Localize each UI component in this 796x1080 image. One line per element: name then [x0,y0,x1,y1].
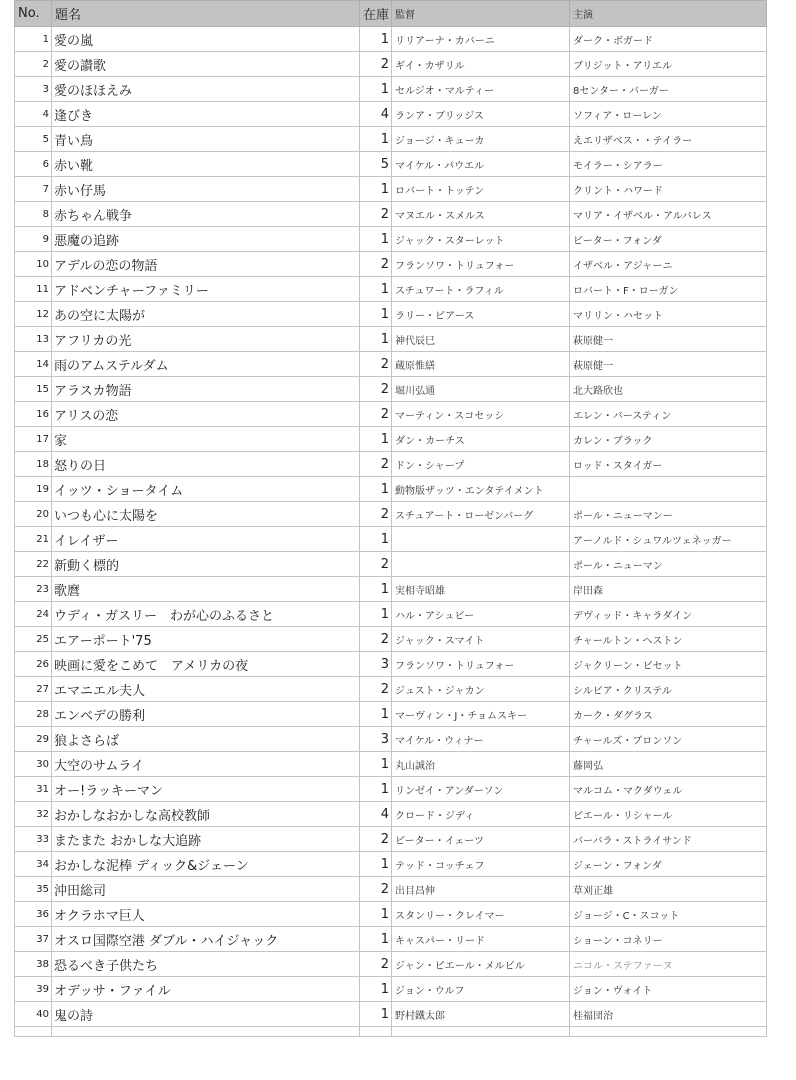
cast-cell[interactable]: シルビア・クリステル [570,677,767,702]
director-cell[interactable] [392,527,570,552]
cast-cell[interactable]: ロバート・F・ローガン [570,277,767,302]
cell[interactable] [392,1027,570,1037]
director-cell[interactable]: ジャン・ピエール・メルビル [392,952,570,977]
director-cell[interactable]: スタンリー・クレイマー [392,902,570,927]
title-cell[interactable]: イレイザー [52,527,360,552]
cast-cell[interactable]: 岸田森 [570,577,767,602]
table-row[interactable]: 28エンベデの勝利1マーヴィン・J・チョムスキーカーク・ダグラス [15,702,767,727]
row-number-cell[interactable]: 21 [15,527,52,552]
table-row[interactable]: 7赤い仔馬1ロバート・トッテンクリント・ハワード [15,177,767,202]
table-row[interactable]: 16アリスの恋2マーティン・スコセッシエレン・バースティン [15,402,767,427]
director-cell[interactable]: マーヴィン・J・チョムスキー [392,702,570,727]
cast-cell[interactable]: ピエール・リシャール [570,802,767,827]
table-row[interactable]: 26映画に愛をこめて アメリカの夜3フランソワ・トリュフォージャクリーン・ビセッ… [15,652,767,677]
stock-cell[interactable]: 1 [360,852,392,877]
title-cell[interactable]: オー!ラッキーマン [52,777,360,802]
director-cell[interactable]: 野村鐵太郎 [392,1002,570,1027]
director-cell[interactable]: 動物版ザッツ・エンタテイメント [392,477,570,502]
director-cell[interactable]: ジョン・ウルフ [392,977,570,1002]
title-cell[interactable]: 映画に愛をこめて アメリカの夜 [52,652,360,677]
director-cell[interactable]: クロード・ジディ [392,802,570,827]
table-row[interactable]: 38恐るべき子供たち2ジャン・ピエール・メルビルニコル・ステファーヌ [15,952,767,977]
stock-cell[interactable]: 2 [360,877,392,902]
table-row[interactable]: 2愛の讃歌2ギイ・カザリルブリジット・アリエル [15,52,767,77]
table-row[interactable]: 23歌麿1実相寺昭雄岸田森 [15,577,767,602]
stock-cell[interactable]: 1 [360,602,392,627]
stock-cell[interactable]: 1 [360,427,392,452]
cast-cell[interactable]: ポール・ニューマンー [570,502,767,527]
director-cell[interactable]: ジュスト・ジャカン [392,677,570,702]
title-cell[interactable]: おかしなおかしな高校教師 [52,802,360,827]
stock-cell[interactable]: 4 [360,102,392,127]
row-number-cell[interactable]: 7 [15,177,52,202]
director-cell[interactable]: マヌエル・スメルス [392,202,570,227]
table-row[interactable]: 37オスロ国際空港 ダブル・ハイジャック1キャスパー・リードショーン・コネリー [15,927,767,952]
stock-cell[interactable]: 2 [360,52,392,77]
cast-cell[interactable]: アーノルド・シュワルツェネッガー [570,527,767,552]
cast-cell[interactable]: モイラー・シアラー [570,152,767,177]
stock-cell[interactable]: 1 [360,752,392,777]
row-number-cell[interactable]: 37 [15,927,52,952]
movie-inventory-table: No. 題名 在庫 監督 主演 1愛の嵐1リリアーナ・カバーニダーク・ボガード2… [14,0,767,1037]
cast-cell[interactable]: バーバラ・ストライサンド [570,827,767,852]
row-number-cell[interactable]: 3 [15,77,52,102]
cast-cell[interactable]: 8センター・バーガー [570,77,767,102]
table-row[interactable]: 31オー!ラッキーマン1リンゼイ・アンダーソンマルコム・マクダウェル [15,777,767,802]
cast-cell[interactable]: ソフィア・ローレン [570,102,767,127]
cast-cell[interactable]: マリリン・ハセット [570,302,767,327]
director-cell[interactable]: スチュアート・ローゼンバーグ [392,502,570,527]
title-cell[interactable]: 恐るべき子供たち [52,952,360,977]
stock-cell[interactable]: 1 [360,777,392,802]
cast-cell[interactable]: ジョージ・C・スコット [570,902,767,927]
title-cell[interactable]: 歌麿 [52,577,360,602]
cast-cell[interactable]: 草刈正雄 [570,877,767,902]
row-number-cell[interactable]: 35 [15,877,52,902]
title-cell[interactable]: 赤い靴 [52,152,360,177]
director-cell[interactable]: スチュワート・ラフィル [392,277,570,302]
stock-cell[interactable]: 2 [360,402,392,427]
table-row[interactable]: 15アラスカ物語2堀川弘通北大路欣也 [15,377,767,402]
stock-cell[interactable]: 1 [360,902,392,927]
title-cell[interactable]: 沖田総司 [52,877,360,902]
row-number-cell[interactable]: 34 [15,852,52,877]
cast-cell[interactable]: デヴィッド・キャラダイン [570,602,767,627]
title-cell[interactable]: アドベンチャーファミリー [52,277,360,302]
stock-cell[interactable]: 1 [360,527,392,552]
title-cell[interactable]: 悪魔の追跡 [52,227,360,252]
title-cell[interactable]: アラスカ物語 [52,377,360,402]
director-cell[interactable]: マイケル・パウエル [392,152,570,177]
title-cell[interactable]: オデッサ・ファイル [52,977,360,1002]
stock-cell[interactable]: 2 [360,377,392,402]
director-cell[interactable]: ハル・アシュビー [392,602,570,627]
table-row[interactable]: 12あの空に太陽が1ラリー・ピアースマリリン・ハセット [15,302,767,327]
row-number-cell[interactable]: 28 [15,702,52,727]
stock-cell[interactable]: 2 [360,352,392,377]
stock-cell[interactable]: 2 [360,252,392,277]
table-row[interactable]: 30大空のサムライ1丸山誠治藤岡弘 [15,752,767,777]
title-cell[interactable]: 家 [52,427,360,452]
table-row[interactable]: 25エアーポート'752ジャック・スマイトチャールトン・ヘストン [15,627,767,652]
row-number-cell[interactable]: 40 [15,1002,52,1027]
title-cell[interactable]: アリスの恋 [52,402,360,427]
table-row[interactable]: 3愛のほほえみ1セルジオ・マルティー8センター・バーガー [15,77,767,102]
stock-cell[interactable]: 2 [360,952,392,977]
title-cell[interactable]: 愛のほほえみ [52,77,360,102]
stock-cell[interactable]: 1 [360,1002,392,1027]
row-number-cell[interactable]: 17 [15,427,52,452]
title-cell[interactable]: アフリカの光 [52,327,360,352]
director-cell[interactable]: 堀川弘通 [392,377,570,402]
table-row[interactable]: 35沖田総司2出目昌伸草刈正雄 [15,877,767,902]
title-cell[interactable]: 逢びき [52,102,360,127]
cast-cell[interactable]: チャールズ・ブロンソン [570,727,767,752]
title-cell[interactable]: 愛の讃歌 [52,52,360,77]
row-number-cell[interactable]: 20 [15,502,52,527]
row-number-cell[interactable]: 30 [15,752,52,777]
director-cell[interactable]: 出目昌伸 [392,877,570,902]
director-cell[interactable]: ジョージ・キューカ [392,127,570,152]
director-cell[interactable]: ドン・シャープ [392,452,570,477]
cast-cell[interactable]: カーク・ダグラス [570,702,767,727]
director-cell[interactable]: マイケル・ウィナー [392,727,570,752]
cast-cell[interactable]: マルコム・マクダウェル [570,777,767,802]
row-number-cell[interactable]: 32 [15,802,52,827]
cast-cell[interactable]: ダーク・ボガード [570,27,767,52]
director-cell[interactable]: キャスパー・リード [392,927,570,952]
table-row[interactable]: 21イレイザー1アーノルド・シュワルツェネッガー [15,527,767,552]
title-cell[interactable]: 鬼の詩 [52,1002,360,1027]
stock-cell[interactable]: 1 [360,477,392,502]
row-number-cell[interactable]: 8 [15,202,52,227]
row-number-cell[interactable]: 18 [15,452,52,477]
header-no[interactable]: No. [15,1,52,27]
stock-cell[interactable]: 3 [360,652,392,677]
table-row[interactable]: 34おかしな泥棒 ディック&ジェーン1テッド・コッチェフジェーン・フォンダ [15,852,767,877]
table-row[interactable]: 13アフリカの光1神代辰巳萩原健一 [15,327,767,352]
table-row[interactable]: 6赤い靴5マイケル・パウエルモイラー・シアラー [15,152,767,177]
cast-cell[interactable]: 藤岡弘 [570,752,767,777]
cast-cell[interactable]: ジェーン・フォンダ [570,852,767,877]
director-cell[interactable]: 丸山誠治 [392,752,570,777]
row-number-cell[interactable]: 29 [15,727,52,752]
director-cell[interactable]: 神代辰巳 [392,327,570,352]
stock-cell[interactable]: 3 [360,727,392,752]
cell[interactable] [570,1027,767,1037]
row-number-cell[interactable]: 36 [15,902,52,927]
table-row[interactable]: 29狼よさらば3マイケル・ウィナーチャールズ・ブロンソン [15,727,767,752]
row-number-cell[interactable]: 1 [15,27,52,52]
title-cell[interactable]: 大空のサムライ [52,752,360,777]
table-row[interactable]: 19イッツ・ショータイム1動物版ザッツ・エンタテイメント [15,477,767,502]
row-number-cell[interactable]: 38 [15,952,52,977]
table-row[interactable]: 39オデッサ・ファイル1ジョン・ウルフジョン・ヴォイト [15,977,767,1002]
stock-cell[interactable]: 2 [360,452,392,477]
cast-cell[interactable]: ジョン・ヴォイト [570,977,767,1002]
table-row[interactable]: 33またまた おかしな大追跡2ピーター・イェーツバーバラ・ストライサンド [15,827,767,852]
row-number-cell[interactable]: 26 [15,652,52,677]
row-number-cell[interactable]: 31 [15,777,52,802]
title-cell[interactable]: エンベデの勝利 [52,702,360,727]
title-cell[interactable]: 赤ちゃん戦争 [52,202,360,227]
stock-cell[interactable]: 1 [360,77,392,102]
title-cell[interactable]: 怒りの日 [52,452,360,477]
row-number-cell[interactable]: 39 [15,977,52,1002]
table-row[interactable]: 5青い鳥1ジョージ・キューカえエリザベス・・テイラー [15,127,767,152]
cast-cell[interactable]: えエリザベス・・テイラー [570,127,767,152]
row-number-cell[interactable]: 6 [15,152,52,177]
title-cell[interactable]: 新動く標的 [52,552,360,577]
stock-cell[interactable]: 2 [360,627,392,652]
row-number-cell[interactable]: 14 [15,352,52,377]
title-cell[interactable]: またまた おかしな大追跡 [52,827,360,852]
title-cell[interactable]: 青い鳥 [52,127,360,152]
row-number-cell[interactable]: 4 [15,102,52,127]
director-cell[interactable]: ラリー・ピアース [392,302,570,327]
director-cell[interactable]: ダン・カーチス [392,427,570,452]
director-cell[interactable] [392,552,570,577]
header-title[interactable]: 題名 [52,1,360,27]
row-number-cell[interactable]: 23 [15,577,52,602]
stock-cell[interactable]: 1 [360,277,392,302]
table-row-partial[interactable] [15,1027,767,1037]
table-row[interactable]: 9悪魔の追跡1ジャック・スターレットピーター・フォンダ [15,227,767,252]
title-cell[interactable]: アデルの恋の物語 [52,252,360,277]
stock-cell[interactable]: 4 [360,802,392,827]
stock-cell[interactable]: 1 [360,977,392,1002]
stock-cell[interactable]: 1 [360,227,392,252]
director-cell[interactable]: ジャック・スターレット [392,227,570,252]
row-number-cell[interactable]: 19 [15,477,52,502]
director-cell[interactable]: テッド・コッチェフ [392,852,570,877]
title-cell[interactable]: エアーポート'75 [52,627,360,652]
cast-cell[interactable]: 北大路欣也 [570,377,767,402]
row-number-cell[interactable]: 5 [15,127,52,152]
cell[interactable] [52,1027,360,1037]
director-cell[interactable]: フランソワ・トリュフォー [392,652,570,677]
row-number-cell[interactable]: 27 [15,677,52,702]
row-number-cell[interactable]: 9 [15,227,52,252]
title-cell[interactable]: 赤い仔馬 [52,177,360,202]
director-cell[interactable]: ピーター・イェーツ [392,827,570,852]
cell[interactable] [360,1027,392,1037]
stock-cell[interactable]: 2 [360,827,392,852]
cast-cell[interactable]: カレン・ブラック [570,427,767,452]
director-cell[interactable]: リリアーナ・カバーニ [392,27,570,52]
table-row[interactable]: 1愛の嵐1リリアーナ・カバーニダーク・ボガード [15,27,767,52]
cast-cell[interactable]: ポール・ニューマン [570,552,767,577]
table-row[interactable]: 17家1ダン・カーチスカレン・ブラック [15,427,767,452]
row-number-cell[interactable]: 22 [15,552,52,577]
table-row[interactable]: 36オクラホマ巨人1スタンリー・クレイマージョージ・C・スコット [15,902,767,927]
spreadsheet: No. 題名 在庫 監督 主演 1愛の嵐1リリアーナ・カバーニダーク・ボガード2… [14,0,766,1037]
title-cell[interactable]: オクラホマ巨人 [52,902,360,927]
row-number-cell[interactable]: 15 [15,377,52,402]
cast-cell[interactable]: イザベル・アジャーニ [570,252,767,277]
director-cell[interactable]: 実相寺昭雄 [392,577,570,602]
title-cell[interactable]: おかしな泥棒 ディック&ジェーン [52,852,360,877]
title-cell[interactable]: いつも心に太陽を [52,502,360,527]
cast-cell[interactable]: エレン・バースティン [570,402,767,427]
stock-cell[interactable]: 1 [360,702,392,727]
title-cell[interactable]: 雨のアムステルダム [52,352,360,377]
director-cell[interactable]: ランア・ブリッジス [392,102,570,127]
director-cell[interactable]: ジャック・スマイト [392,627,570,652]
header-director[interactable]: 監督 [392,1,570,27]
stock-cell[interactable]: 5 [360,152,392,177]
row-number-cell[interactable]: 25 [15,627,52,652]
title-cell[interactable]: ウディ・ガスリー わが心のふるさと [52,602,360,627]
cast-cell[interactable]: ニコル・ステファーヌ [570,952,767,977]
stock-cell[interactable]: 1 [360,327,392,352]
table-row[interactable]: 20いつも心に太陽を2スチュアート・ローゼンバーグポール・ニューマンー [15,502,767,527]
cast-cell[interactable]: ピーター・フォンダ [570,227,767,252]
header-row: No. 題名 在庫 監督 主演 [15,1,767,27]
title-cell[interactable]: あの空に太陽が [52,302,360,327]
table-body: 1愛の嵐1リリアーナ・カバーニダーク・ボガード2愛の讃歌2ギイ・カザリルブリジッ… [15,27,767,1037]
row-number-cell[interactable]: 16 [15,402,52,427]
table-row[interactable]: 4逢びき4ランア・ブリッジスソフィア・ローレン [15,102,767,127]
header-stock[interactable]: 在庫 [360,1,392,27]
table-row[interactable]: 40鬼の詩1野村鐵太郎桂福団治 [15,1002,767,1027]
title-cell[interactable]: エマニエル夫人 [52,677,360,702]
cell[interactable] [15,1027,52,1037]
title-cell[interactable]: 狼よさらば [52,727,360,752]
director-cell[interactable]: フランソワ・トリュフォー [392,252,570,277]
row-number-cell[interactable]: 13 [15,327,52,352]
stock-cell[interactable]: 1 [360,927,392,952]
stock-cell[interactable]: 2 [360,677,392,702]
table-row[interactable]: 11アドベンチャーファミリー1スチュワート・ラフィルロバート・F・ローガン [15,277,767,302]
director-cell[interactable]: セルジオ・マルティー [392,77,570,102]
row-number-cell[interactable]: 11 [15,277,52,302]
cast-cell[interactable]: ロッド・スタイガー [570,452,767,477]
cast-cell[interactable]: ブリジット・アリエル [570,52,767,77]
director-cell[interactable]: リンゼイ・アンダーソン [392,777,570,802]
table-row[interactable]: 10アデルの恋の物語2フランソワ・トリュフォーイザベル・アジャーニ [15,252,767,277]
header-cast[interactable]: 主演 [570,1,767,27]
stock-cell[interactable]: 2 [360,552,392,577]
director-cell[interactable]: ギイ・カザリル [392,52,570,77]
table-row[interactable]: 14雨のアムステルダム2蔵原惟繕萩原健一 [15,352,767,377]
title-cell[interactable]: オスロ国際空港 ダブル・ハイジャック [52,927,360,952]
table-row[interactable]: 27エマニエル夫人2ジュスト・ジャカンシルビア・クリステル [15,677,767,702]
table-row[interactable]: 18怒りの日2ドン・シャープロッド・スタイガー [15,452,767,477]
table-row[interactable]: 32おかしなおかしな高校教師4クロード・ジディピエール・リシャール [15,802,767,827]
cast-cell[interactable]: 桂福団治 [570,1002,767,1027]
stock-cell[interactable]: 1 [360,302,392,327]
title-cell[interactable]: 愛の嵐 [52,27,360,52]
stock-cell[interactable]: 1 [360,577,392,602]
table-row[interactable]: 8赤ちゃん戦争2マヌエル・スメルスマリア・イザベル・アルバレス [15,202,767,227]
stock-cell[interactable]: 1 [360,127,392,152]
stock-cell[interactable]: 1 [360,27,392,52]
table-row[interactable]: 24ウディ・ガスリー わが心のふるさと1ハル・アシュビーデヴィッド・キャラダイン [15,602,767,627]
row-number-cell[interactable]: 2 [15,52,52,77]
stock-cell[interactable]: 2 [360,202,392,227]
cast-cell[interactable]: クリント・ハワード [570,177,767,202]
row-number-cell[interactable]: 33 [15,827,52,852]
title-cell[interactable]: イッツ・ショータイム [52,477,360,502]
row-number-cell[interactable]: 24 [15,602,52,627]
cast-cell[interactable]: 萩原健一 [570,327,767,352]
cast-cell[interactable]: マリア・イザベル・アルバレス [570,202,767,227]
stock-cell[interactable]: 1 [360,177,392,202]
cast-cell[interactable]: 萩原健一 [570,352,767,377]
table-row[interactable]: 22新動く標的2ポール・ニューマン [15,552,767,577]
row-number-cell[interactable]: 10 [15,252,52,277]
cast-cell[interactable]: チャールトン・ヘストン [570,627,767,652]
director-cell[interactable]: ロバート・トッテン [392,177,570,202]
director-cell[interactable]: マーティン・スコセッシ [392,402,570,427]
cast-cell[interactable]: ショーン・コネリー [570,927,767,952]
director-cell[interactable]: 蔵原惟繕 [392,352,570,377]
row-number-cell[interactable]: 12 [15,302,52,327]
stock-cell[interactable]: 2 [360,502,392,527]
cast-cell[interactable]: ジャクリーン・ビセット [570,652,767,677]
cast-cell[interactable] [570,477,767,502]
